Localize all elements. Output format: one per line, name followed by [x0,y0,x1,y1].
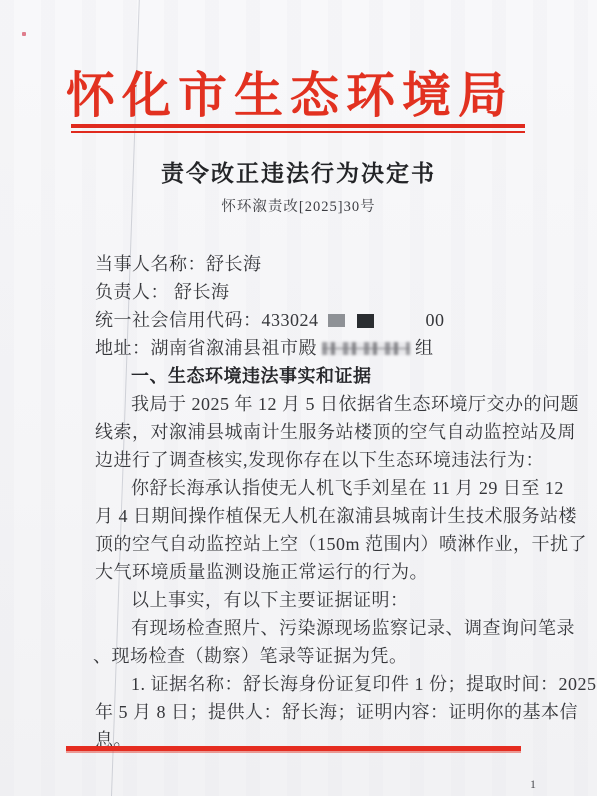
page-number: 1 [530,777,536,792]
letterhead-rule-thin [71,131,525,133]
agency-letterhead: 怀化市生态环境局 [40,57,540,127]
para2-line3: 顶的空气自动监控站上空（150m 范围内）喷淋作业，干扰了 [95,530,531,558]
para1-line1: 我局于 2025 年 12 月 5 日依据省生态环境厅交办的问题 [95,390,531,418]
para2-line4: 大气环境质量监测设施正常运行的行为。 [95,558,531,586]
letterhead-rule-thick [71,124,525,128]
credit-code-prefix: 统一社会信用代码：433024 [95,310,319,330]
document-number: 怀环溆责改[2025]30号 [0,195,597,216]
bottom-red-rule [66,746,521,751]
para2-line1: 你舒长海承认指使无人机飞手刘星在 11 月 29 日至 12 [95,474,531,502]
responsible-person-line: 负责人： 舒长海 [95,278,531,306]
scan-artifact-speck [22,32,26,36]
document-title: 责令改正违法行为决定书 [0,155,597,188]
para1-line3: 边进行了调查核实,发现你存在以下生态环境违法行为： [95,446,531,474]
para4-line2: 、现场检查（勘察）笔录等证据为凭。 [93,642,531,670]
credit-code-suffix: 00 [426,310,445,330]
address-line: 地址：湖南省溆浦县祖市殿组 [95,334,531,362]
para3-line1: 以上事实，有以下主要证据证明： [95,586,531,614]
para4-line1: 有现场检查照片、污染源现场监察记录、调查询问笔录 [95,614,531,642]
para1-line2: 线索，对溆浦县城南计生服务站楼顶的空气自动监控站及周 [95,418,531,446]
address-suffix: 组 [415,338,434,358]
para5-line1: 1. 证据名称：舒长海身份证复印件 1 份；提取时间：2025 [95,670,531,698]
para5-line2: 年 5 月 8 日；提供人：舒长海；证明内容：证明你的基本信 [95,698,531,726]
credit-code-line: 统一社会信用代码：43302400 [95,306,531,334]
redaction-box-gray [328,314,345,327]
section1-heading: 一、生态环境违法事实和证据 [95,362,531,390]
blurred-address-segment [322,342,410,355]
document-body: 当事人名称：舒长海 负责人： 舒长海 统一社会信用代码：43302400 地址：… [95,250,531,754]
scanned-document-page: 怀化市生态环境局 责令改正违法行为决定书 怀环溆责改[2025]30号 当事人名… [0,0,597,796]
address-prefix: 地址：湖南省溆浦县祖市殿 [95,338,317,358]
para2-line2: 月 4 日期间操作植保无人机在溆浦县城南计生技术服务站楼 [95,502,531,530]
redaction-box-black [357,314,374,328]
party-name-line: 当事人名称：舒长海 [95,250,531,278]
